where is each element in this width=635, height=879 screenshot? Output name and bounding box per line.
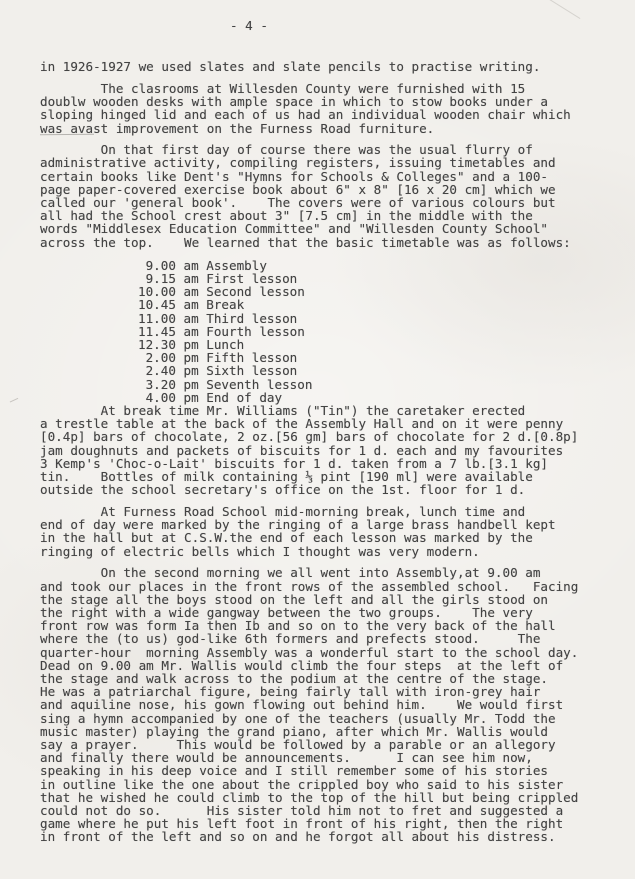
intro-paragraph-group: in 1926-1927 we used slates and slate pe… [40,60,635,249]
paragraph: On the second morning we all went into A… [40,566,635,843]
paragraph: in 1926-1927 we used slates and slate pe… [40,60,635,73]
paper-crease-mark [548,0,581,19]
scan-margin-mark [7,391,19,402]
page-number: - 4 - [40,19,635,32]
paragraph: On that first day of course there was th… [40,143,635,249]
paragraph: The clasrooms at Willesden County were f… [40,82,635,135]
paragraph: At Furness Road School mid-morning break… [40,505,635,558]
school-timetable: 9.00 am Assembly 9.15 am First lesson10.… [138,259,635,404]
after-paragraph-group: At break time Mr. Williams ("Tin") the c… [40,404,635,844]
paragraph: At break time Mr. Williams ("Tin") the c… [40,404,635,496]
typewritten-document-page: - 4 - in 1926-1927 we used slates and sl… [0,0,635,879]
